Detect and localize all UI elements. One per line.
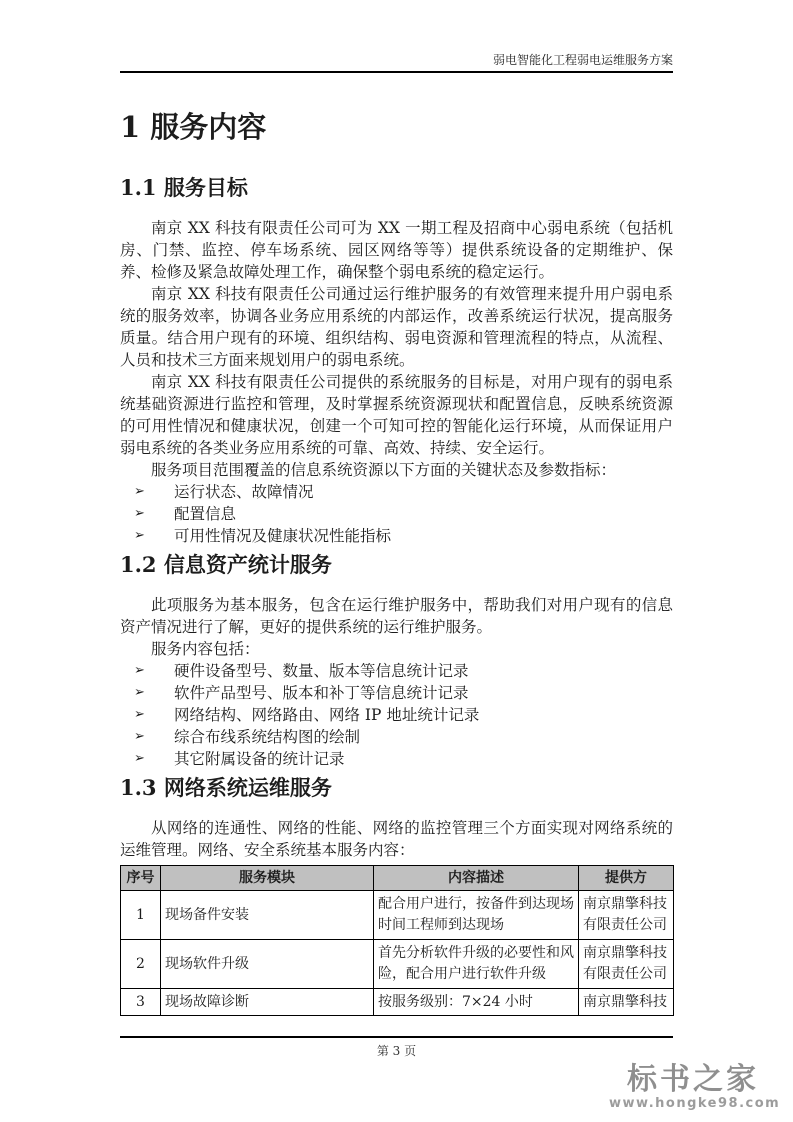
bullet-text: 其它附属设备的统计记录	[174, 748, 673, 770]
cell-description: 首先分析软件升级的必要性和风险，配合用户进行软件升级	[374, 940, 579, 989]
cell-description: 配合用户进行，按备件到达现场时间工程师到达现场	[374, 891, 579, 940]
heading-service-content: 1 服务内容	[120, 110, 673, 145]
page-number: 第 3 页	[120, 1042, 673, 1059]
cell-seq: 3	[121, 989, 161, 1016]
bullet-item: ➢可用性情况及健康状况性能指标	[134, 525, 673, 547]
arrow-bullet-icon: ➢	[134, 704, 174, 726]
col-header-seq: 序号	[121, 866, 161, 891]
arrow-bullet-icon: ➢	[134, 660, 174, 682]
table-row: 2 现场软件升级 首先分析软件升级的必要性和风险，配合用户进行软件升级 南京鼎擎…	[121, 940, 674, 989]
footer-rule	[120, 1036, 673, 1038]
heading-service-goal: 1.1 服务目标	[120, 175, 673, 201]
col-header-provider: 提供方	[579, 866, 674, 891]
paragraph-goal-2: 南京 XX 科技有限责任公司通过运行维护服务的有效管理来提升用户弱电系统的服务效…	[120, 283, 673, 371]
bullet-item: ➢运行状态、故障情况	[134, 481, 673, 503]
cell-module: 现场备件安装	[161, 891, 374, 940]
col-header-description: 内容描述	[374, 866, 579, 891]
bullet-item: ➢软件产品型号、版本和补丁等信息统计记录	[134, 682, 673, 704]
heading-network-ops: 1.3 网络系统运维服务	[120, 775, 673, 801]
bullet-text: 硬件设备型号、数量、版本等信息统计记录	[174, 660, 673, 682]
cell-seq: 2	[121, 940, 161, 989]
table-row: 3 现场故障诊断 按服务级别：7×24 小时 南京鼎擎科技	[121, 989, 674, 1016]
arrow-bullet-icon: ➢	[134, 525, 174, 547]
paragraph-goal-4: 服务项目范围覆盖的信息系统资源以下方面的关键状态及参数指标：	[120, 459, 673, 481]
watermark-url: www.hongke98.com	[609, 1096, 777, 1112]
bullet-text: 配置信息	[174, 503, 673, 525]
cell-provider: 南京鼎擎科技	[579, 989, 674, 1016]
paragraph-goal-3: 南京 XX 科技有限责任公司提供的系统服务的目标是，对用户现有的弱电系统基础资源…	[120, 371, 673, 459]
heading-asset-statistics: 1.2 信息资产统计服务	[120, 552, 673, 578]
page-content: 弱电智能化工程弱电运维服务方案 1 服务内容 1.1 服务目标 南京 XX 科技…	[120, 0, 673, 1016]
cell-seq: 1	[121, 891, 161, 940]
bullet-text: 运行状态、故障情况	[174, 481, 673, 503]
bullet-item: ➢硬件设备型号、数量、版本等信息统计记录	[134, 660, 673, 682]
paragraph-asset-1: 此项服务为基本服务，包含在运行维护服务中，帮助我们对用户现有的信息资产情况进行了…	[120, 594, 673, 638]
table-row: 1 现场备件安装 配合用户进行，按备件到达现场时间工程师到达现场 南京鼎擎科技有…	[121, 891, 674, 940]
header-rule	[120, 71, 673, 73]
watermark: 标书之家 www.hongke98.com	[609, 1064, 777, 1112]
table-header-row: 序号 服务模块 内容描述 提供方	[121, 866, 674, 891]
cell-provider: 南京鼎擎科技有限责任公司	[579, 891, 674, 940]
arrow-bullet-icon: ➢	[134, 682, 174, 704]
asset-bullet-list: ➢硬件设备型号、数量、版本等信息统计记录 ➢软件产品型号、版本和补丁等信息统计记…	[120, 660, 673, 770]
paragraph-goal-1: 南京 XX 科技有限责任公司可为 XX 一期工程及招商中心弱电系统（包括机房、门…	[120, 217, 673, 283]
bullet-text: 网络结构、网络路由、网络 IP 地址统计记录	[174, 704, 673, 726]
bullet-item: ➢网络结构、网络路由、网络 IP 地址统计记录	[134, 704, 673, 726]
bullet-item: ➢综合布线系统结构图的绘制	[134, 726, 673, 748]
bullet-item: ➢其它附属设备的统计记录	[134, 748, 673, 770]
bullet-text: 可用性情况及健康状况性能指标	[174, 525, 673, 547]
goal-bullet-list: ➢运行状态、故障情况 ➢配置信息 ➢可用性情况及健康状况性能指标	[120, 481, 673, 547]
watermark-brand: 标书之家	[609, 1064, 777, 1096]
cell-module: 现场故障诊断	[161, 989, 374, 1016]
cell-module: 现场软件升级	[161, 940, 374, 989]
header-title: 弱电智能化工程弱电运维服务方案	[120, 52, 673, 68]
paragraph-network-1: 从网络的连通性、网络的性能、网络的监控管理三个方面实现对网络系统的运维管理。网络…	[120, 817, 673, 861]
paragraph-asset-2: 服务内容包括：	[120, 638, 673, 660]
arrow-bullet-icon: ➢	[134, 481, 174, 503]
cell-description: 按服务级别：7×24 小时	[374, 989, 579, 1016]
bullet-text: 综合布线系统结构图的绘制	[174, 726, 673, 748]
bullet-text: 软件产品型号、版本和补丁等信息统计记录	[174, 682, 673, 704]
service-table: 序号 服务模块 内容描述 提供方 1 现场备件安装 配合用户进行，按备件到达现场…	[120, 865, 674, 1016]
arrow-bullet-icon: ➢	[134, 503, 174, 525]
cell-provider: 南京鼎擎科技有限责任公司	[579, 940, 674, 989]
arrow-bullet-icon: ➢	[134, 726, 174, 748]
arrow-bullet-icon: ➢	[134, 748, 174, 770]
bullet-item: ➢配置信息	[134, 503, 673, 525]
col-header-module: 服务模块	[161, 866, 374, 891]
document-page: 弱电智能化工程弱电运维服务方案 1 服务内容 1.1 服务目标 南京 XX 科技…	[0, 0, 793, 1122]
